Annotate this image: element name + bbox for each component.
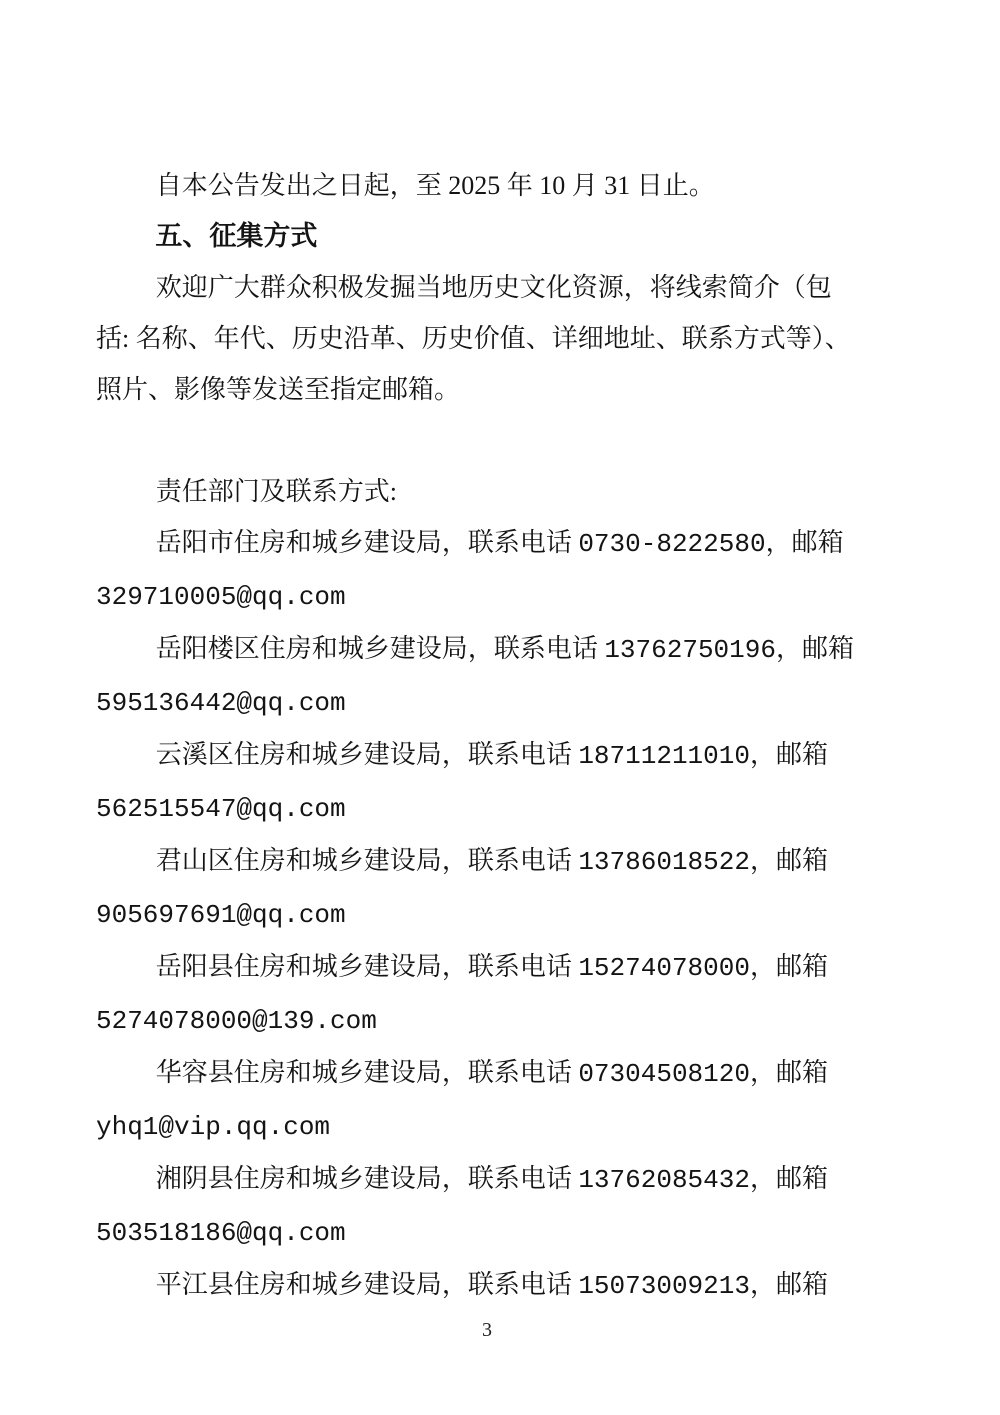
mailbox-label: ，邮箱: [750, 1164, 828, 1193]
phone-label: ，联系电话: [442, 1058, 579, 1087]
contact-dept: 岳阳市住房和城乡建设局: [156, 528, 442, 557]
page-number: 3: [96, 1318, 878, 1342]
contact-phone: 15274078000: [578, 953, 750, 983]
contact-entry: 岳阳市住房和城乡建设局，联系电话 0730-8222580，邮箱 3297100…: [96, 517, 878, 623]
contact-email: 562515547@qq.com: [96, 794, 346, 824]
intro-line-2: 括: 名称、年代、历史沿革、历史价值、详细地址、联系方式等）、: [96, 324, 851, 353]
contact-entry: 平江县住房和城乡建设局，联系电话 15073009213，邮箱: [96, 1259, 878, 1312]
contact-dept: 岳阳县住房和城乡建设局: [156, 952, 442, 981]
mailbox-label: ，邮箱: [750, 1270, 828, 1299]
contact-entry: 湘阴县住房和城乡建设局，联系电话 13762085432，邮箱 50351818…: [96, 1153, 878, 1259]
contact-dept: 岳阳楼区住房和城乡建设局: [156, 634, 468, 663]
contact-phone: 13762085432: [578, 1165, 750, 1195]
phone-label: ，联系电话: [442, 1164, 579, 1193]
phone-label: ，联系电话: [442, 528, 579, 557]
phone-label: ，联系电话: [442, 1270, 579, 1299]
contact-email: 595136442@qq.com: [96, 688, 346, 718]
validity-text: 自本公告发出之日起，至 2025 年 10 月 31 日止。: [156, 171, 715, 200]
contact-dept: 平江县住房和城乡建设局: [156, 1270, 442, 1299]
contact-dept: 君山区住房和城乡建设局: [156, 846, 442, 875]
contact-phone: 13762750196: [604, 635, 776, 665]
blank-line: [96, 415, 878, 466]
contact-dept: 华容县住房和城乡建设局: [156, 1058, 442, 1087]
contact-entry: 华容县住房和城乡建设局，联系电话 07304508120，邮箱 yhq1@vip…: [96, 1047, 878, 1153]
contact-dept: 湘阴县住房和城乡建设局: [156, 1164, 442, 1193]
document-page: 自本公告发出之日起，至 2025 年 10 月 31 日止。 五、征集方式 欢迎…: [0, 0, 1000, 1415]
intro-line-3: 照片、影像等发送至指定邮箱。: [96, 375, 460, 404]
contact-phone: 13786018522: [578, 847, 750, 877]
contact-phone: 18711211010: [578, 741, 750, 771]
contact-email: 503518186@qq.com: [96, 1218, 346, 1248]
contact-entry: 岳阳楼区住房和城乡建设局，联系电话 13762750196，邮箱 5951364…: [96, 623, 878, 729]
contact-entry: 君山区住房和城乡建设局，联系电话 13786018522，邮箱 90569769…: [96, 835, 878, 941]
contacts-heading: 责任部门及联系方式:: [96, 466, 878, 517]
contact-entry: 云溪区住房和城乡建设局，联系电话 18711211010，邮箱 56251554…: [96, 729, 878, 835]
phone-label: ，联系电话: [442, 952, 579, 981]
contact-email: yhq1@vip.qq.com: [96, 1112, 330, 1142]
mailbox-label: ，邮箱: [750, 846, 828, 875]
document-content: 自本公告发出之日起，至 2025 年 10 月 31 日止。 五、征集方式 欢迎…: [96, 160, 878, 1312]
mailbox-label: ，邮箱: [776, 634, 854, 663]
section-heading: 五、征集方式: [96, 211, 878, 262]
contact-email: 5274078000@139.com: [96, 1006, 377, 1036]
phone-label: ，联系电话: [442, 846, 579, 875]
phone-label: ，联系电话: [468, 634, 605, 663]
intro-line-1: 欢迎广大群众积极发掘当地历史文化资源，将线索简介（包: [156, 273, 832, 302]
contact-phone: 15073009213: [578, 1271, 750, 1301]
contact-email: 329710005@qq.com: [96, 582, 346, 612]
contact-phone: 07304508120: [578, 1059, 750, 1089]
contact-entry: 岳阳县住房和城乡建设局，联系电话 15274078000，邮箱 52740780…: [96, 941, 878, 1047]
mailbox-label: ，邮箱: [750, 740, 828, 769]
contact-email: 905697691@qq.com: [96, 900, 346, 930]
intro-paragraph: 欢迎广大群众积极发掘当地历史文化资源，将线索简介（包 括: 名称、年代、历史沿革…: [96, 262, 878, 415]
validity-paragraph: 自本公告发出之日起，至 2025 年 10 月 31 日止。: [96, 160, 878, 211]
mailbox-label: ，邮箱: [750, 1058, 828, 1087]
contact-phone: 0730-8222580: [578, 529, 765, 559]
contact-dept: 云溪区住房和城乡建设局: [156, 740, 442, 769]
phone-label: ，联系电话: [442, 740, 579, 769]
mailbox-label: ，邮箱: [750, 952, 828, 981]
mailbox-label: ，邮箱: [766, 528, 844, 557]
